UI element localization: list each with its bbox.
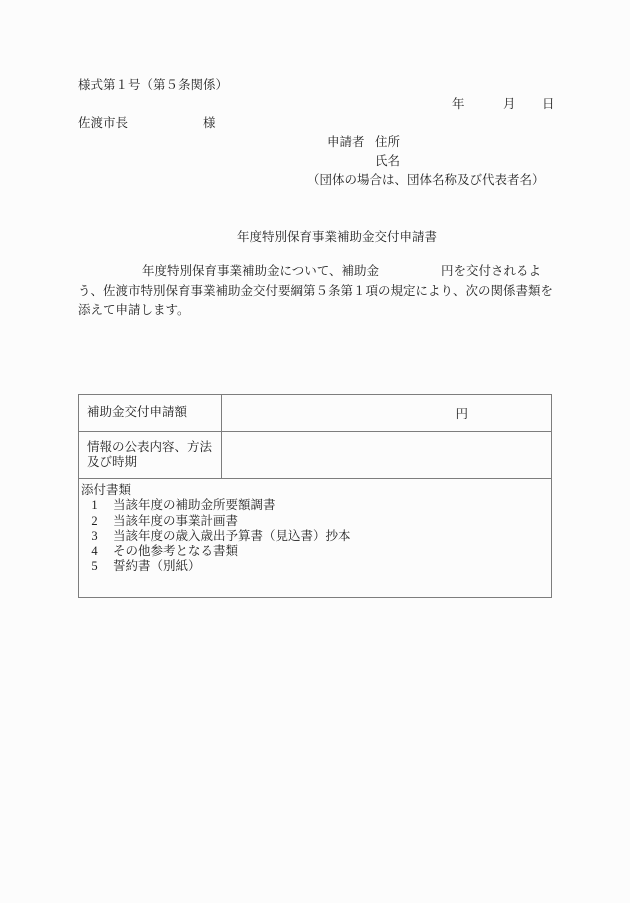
- attachment-item: 3当該年度の歳入歳出予算書（見込書）抄本: [81, 529, 547, 544]
- attachment-item-number: 1: [88, 498, 101, 513]
- amount-value-cell[interactable]: 円: [222, 395, 551, 431]
- applicant-group-note: （団体の場合は、団体名称及び代表者名）: [307, 173, 545, 187]
- attachment-item: 1当該年度の補助金所要額調書: [81, 498, 547, 513]
- document-title: 年度特別保育事業補助金交付申請書: [237, 230, 437, 244]
- publication-value-cell[interactable]: [222, 432, 551, 478]
- applicant-address-blank[interactable]: [402, 136, 542, 148]
- amount-row: 補助金交付申請額 円: [79, 395, 551, 432]
- application-table: 補助金交付申請額 円 情報の公表内容、方法及び時期 添付書類 1当該年度の補助金…: [78, 394, 552, 598]
- body-line-3: 添えて申請します。: [78, 301, 563, 321]
- attachment-item-text: その他参考となる書類: [113, 544, 238, 558]
- attachment-item-text: 当該年度の事業計画書: [113, 514, 238, 528]
- body-line1-text1: 年度特別保育事業補助金について、補助金: [142, 264, 379, 278]
- amount-unit-label: 円: [455, 404, 468, 422]
- attachment-item: 2当該年度の事業計画書: [81, 514, 547, 529]
- fiscal-year-blank[interactable]: [78, 266, 142, 278]
- date-day-label: 日: [542, 97, 555, 111]
- attachment-item-number: 2: [88, 514, 101, 529]
- document-page: 様式第１号（第５条関係） 年 月 日 佐渡市長 様 申請者 住所 氏名 （団体の…: [0, 0, 630, 903]
- date-year-label: 年: [452, 97, 465, 111]
- subsidy-amount-blank[interactable]: [379, 266, 441, 278]
- applicant-name-label: 氏名: [375, 154, 400, 168]
- attachment-item-text: 当該年度の補助金所要額調書: [113, 498, 276, 512]
- body-line-1: 年度特別保育事業補助金について、補助金円を交付されるよ: [78, 262, 563, 282]
- attachment-item-number: 5: [88, 559, 101, 574]
- attachments-row: 添付書類 1当該年度の補助金所要額調書 2当該年度の事業計画書 3当該年度の歳入…: [79, 479, 551, 597]
- applicant-label: 申請者: [327, 135, 365, 149]
- applicant-name-blank[interactable]: [402, 155, 542, 167]
- form-number: 様式第１号（第５条関係）: [78, 78, 228, 92]
- addressee-honorific: 様: [203, 116, 216, 130]
- body-line1-text2: 円を交付されるよ: [441, 264, 541, 278]
- attachment-item: 5誓約書（別紙）: [81, 559, 547, 574]
- attachment-item-text: 誓約書（別紙）: [113, 559, 201, 573]
- attachment-item-number: 4: [88, 544, 101, 559]
- body-paragraph: 年度特別保育事業補助金について、補助金円を交付されるよ う、佐渡市特別保育事業補…: [78, 262, 563, 321]
- date-month-label: 月: [503, 97, 516, 111]
- attachment-item: 4その他参考となる書類: [81, 544, 547, 559]
- publication-row-label: 情報の公表内容、方法及び時期: [79, 432, 222, 478]
- publication-row: 情報の公表内容、方法及び時期: [79, 432, 551, 479]
- addressee-name: 佐渡市長: [78, 116, 128, 130]
- attachments-heading: 添付書類: [81, 483, 547, 498]
- attachment-item-number: 3: [88, 529, 101, 544]
- applicant-address-label: 住所: [375, 135, 400, 149]
- attachment-item-text: 当該年度の歳入歳出予算書（見込書）抄本: [113, 529, 351, 543]
- addressee-name-blank[interactable]: [130, 117, 200, 129]
- amount-row-label: 補助金交付申請額: [79, 395, 222, 431]
- body-line-2: う、佐渡市特別保育事業補助金交付要綱第５条第１項の規定により、次の関係書類を: [78, 282, 563, 302]
